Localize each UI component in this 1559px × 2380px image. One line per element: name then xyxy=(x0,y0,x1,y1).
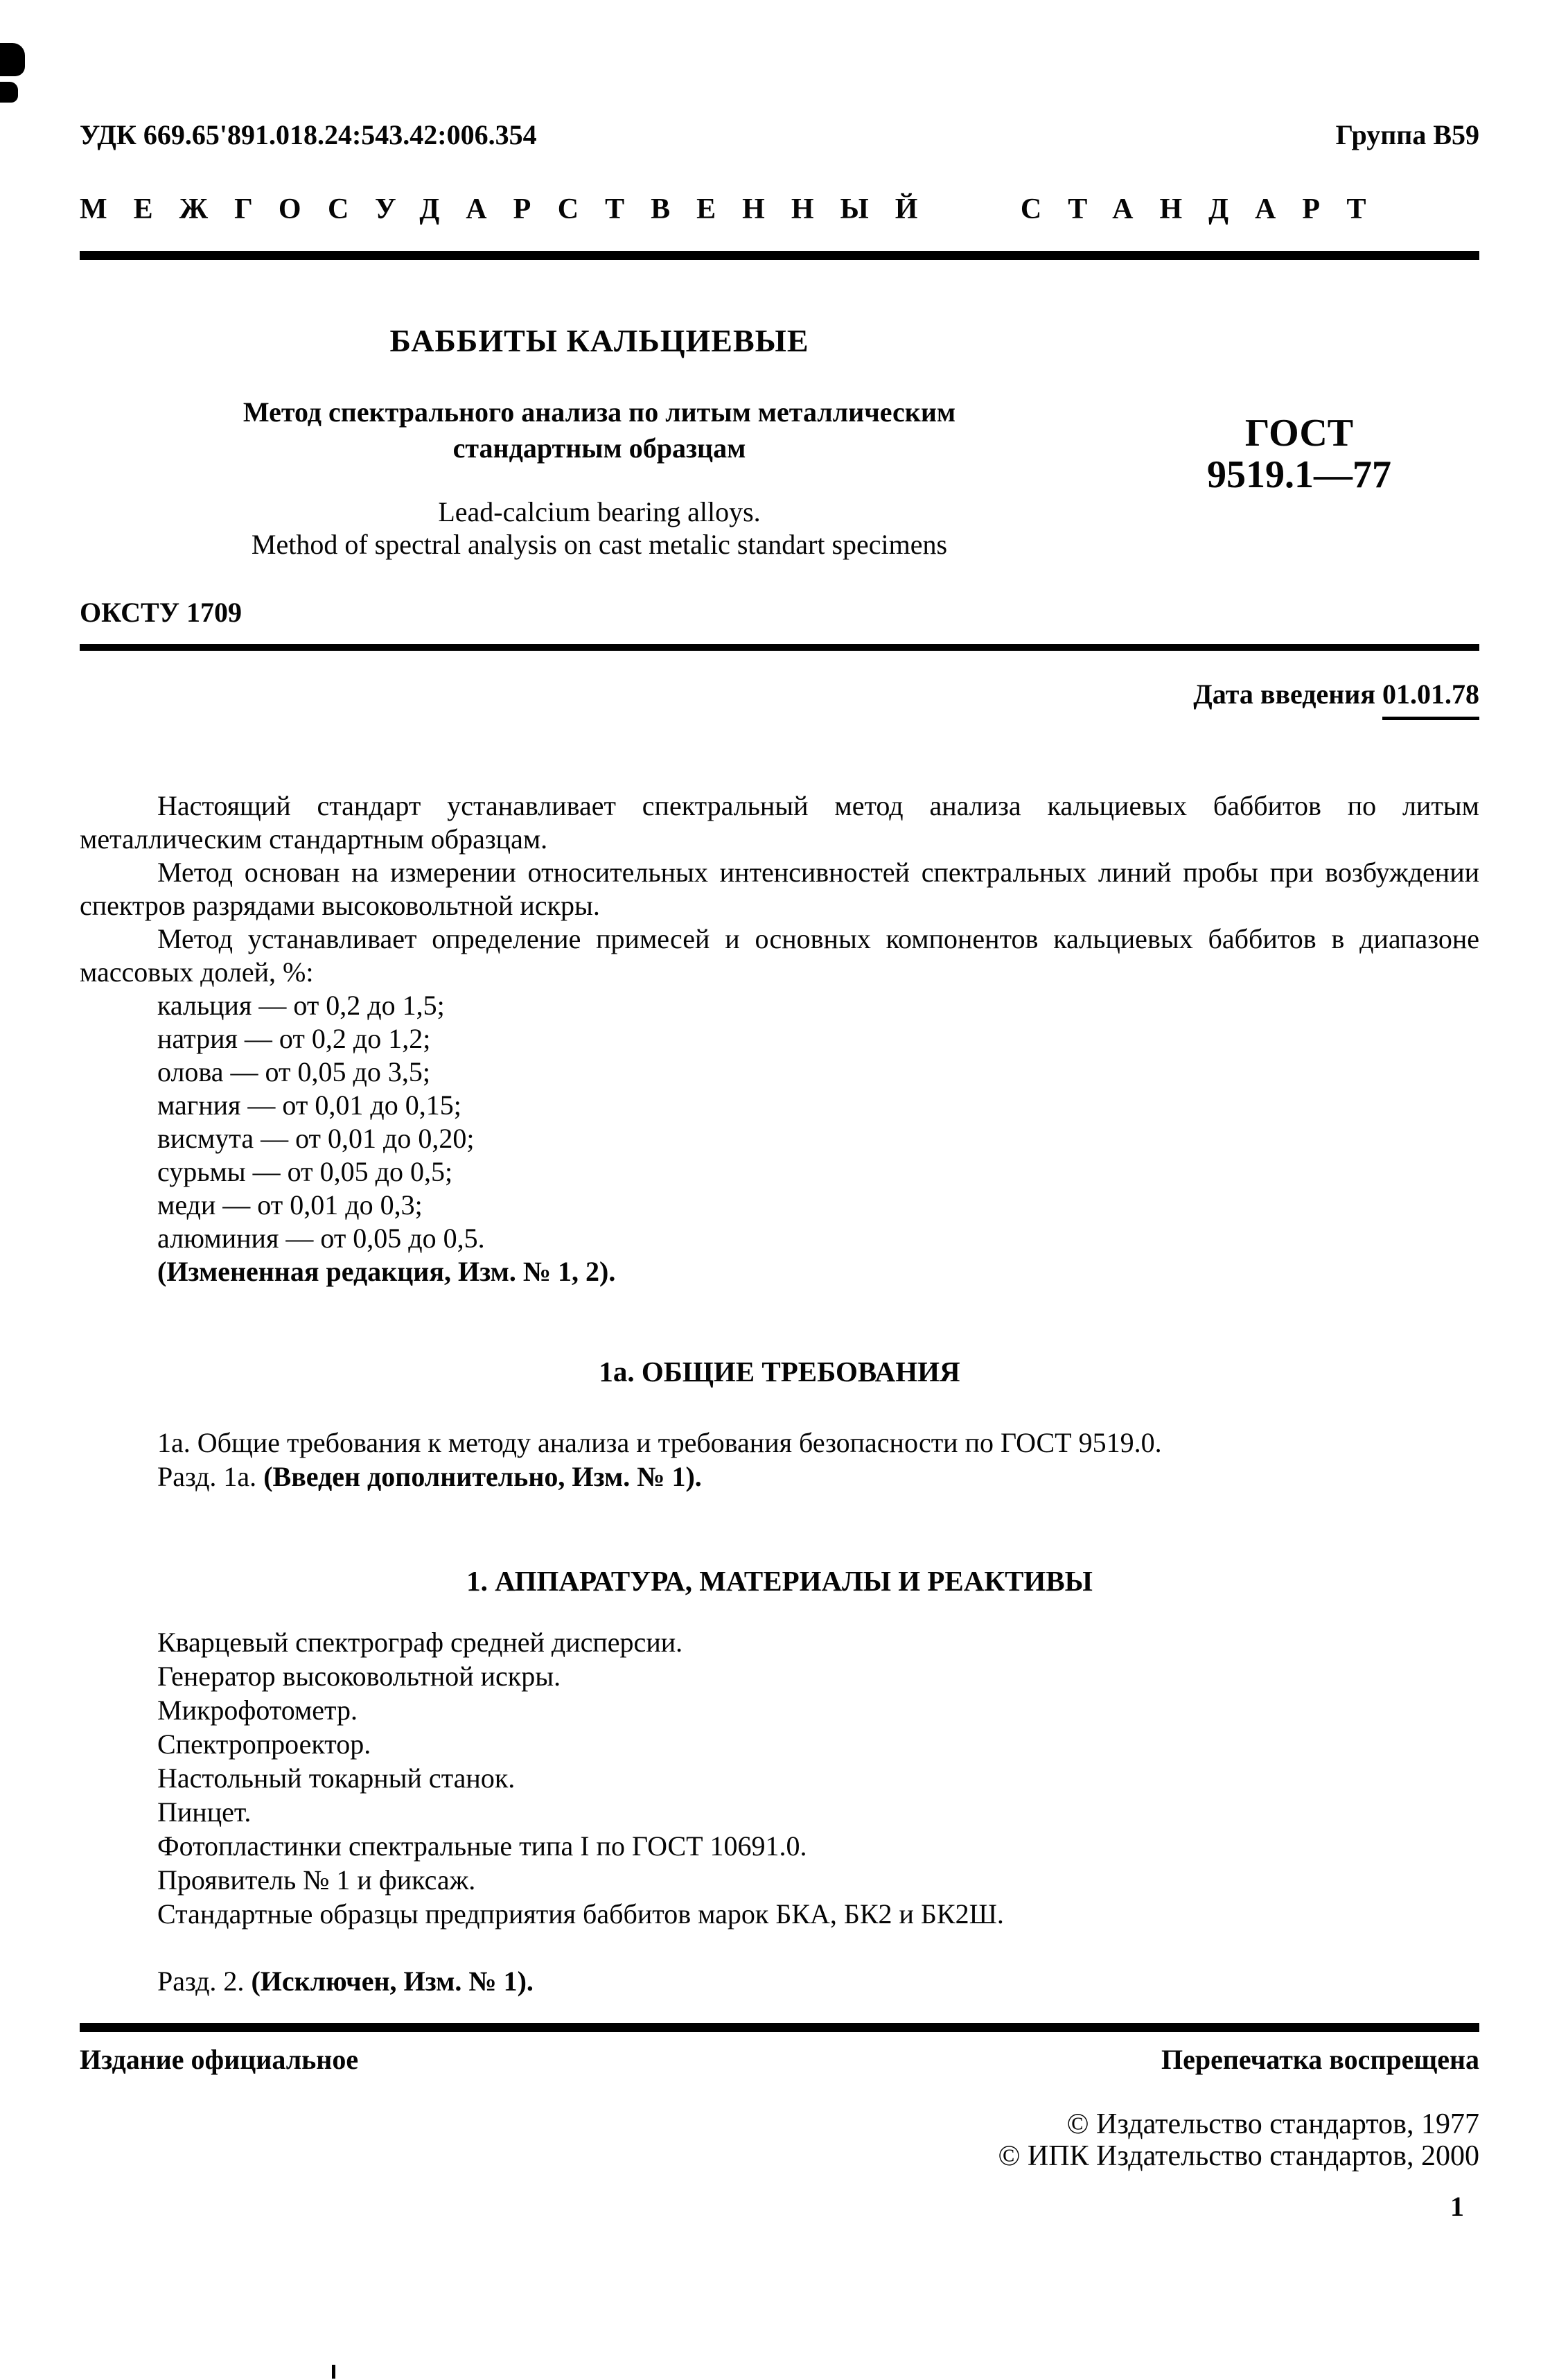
paragraph-method-basis: Метод основан на измерении относительных… xyxy=(80,856,1479,922)
page-number: 1 xyxy=(80,2190,1479,2223)
scan-artifact xyxy=(332,2365,335,2379)
document-page: УДК 669.65'891.018.24:543.42:006.354 Гру… xyxy=(0,0,1559,2380)
composition-range-item: висмута — от 0,01 до 0,20; xyxy=(157,1122,1479,1155)
subtitle-en-line2: Method of spectral analysis on cast meta… xyxy=(80,528,1119,561)
official-edition-label: Издание официальное xyxy=(80,2043,358,2076)
paragraph-ranges-intro: Метод устанавливает определение примесей… xyxy=(80,922,1479,989)
composition-range-item: меди — от 0,01 до 0,3; xyxy=(157,1189,1479,1222)
apparatus-item: Пинцет. xyxy=(80,1795,1479,1829)
composition-range-item: натрия — от 0,2 до 1,2; xyxy=(157,1022,1479,1056)
gost-designation: ГОСТ 9519.1—77 xyxy=(1119,412,1479,496)
apparatus-item: Спектропроектор. xyxy=(80,1727,1479,1761)
title-column: БАББИТЫ КАЛЬЦИЕВЫЕ Метод спектрального а… xyxy=(80,324,1119,561)
section-1a-note-prefix: Разд. 1а. xyxy=(157,1461,256,1492)
intro-date-value: 01.01.78 xyxy=(1382,679,1479,720)
intro-date-label: Дата введения xyxy=(1193,679,1375,710)
section-2-excluded-note: Разд. 2. (Исключен, Изм. № 1). xyxy=(80,1964,1479,1998)
composition-range-item: магния — от 0,01 до 0,15; xyxy=(157,1089,1479,1122)
composition-range-item: кальция — от 0,2 до 1,5; xyxy=(157,989,1479,1022)
standard-type-heading: МЕЖГОСУДАРСТВЕННЫЙ СТАНДАРТ xyxy=(80,191,1479,227)
gost-designation-column: ГОСТ 9519.1—77 xyxy=(1119,324,1479,561)
apparatus-item: Проявитель № 1 и фиксаж. xyxy=(80,1863,1479,1897)
subtitle-ru-line1: Метод спектрального анализа по литым мет… xyxy=(80,394,1119,430)
section-1a-note: Разд. 1а. (Введен дополнительно, Изм. № … xyxy=(80,1460,1479,1494)
divider-rule-mid xyxy=(80,644,1479,651)
header-row: УДК 669.65'891.018.24:543.42:006.354 Гру… xyxy=(80,0,1479,151)
section-heading-1a: 1а. ОБЩИЕ ТРЕБОВАНИЯ xyxy=(80,1355,1479,1388)
paragraph-scope: Настоящий стандарт устанавливает спектра… xyxy=(80,789,1479,856)
apparatus-list: Кварцевый спектрограф средней дисперсии.… xyxy=(80,1625,1479,1931)
okstu-code: ОКСТУ 1709 xyxy=(80,597,1479,629)
gost-number: 9519.1—77 xyxy=(1119,454,1479,496)
subtitle-ru-line2: стандартным образцам xyxy=(80,430,1119,466)
divider-rule-top xyxy=(80,251,1479,260)
section-2-excluded-prefix: Разд. 2. xyxy=(157,1966,244,1997)
scan-artifact xyxy=(0,43,25,76)
apparatus-item: Генератор высоковольтной искры. xyxy=(80,1659,1479,1693)
document-title: БАББИТЫ КАЛЬЦИЕВЫЕ xyxy=(80,324,1119,358)
subtitle-en-line1: Lead-calcium bearing alloys. xyxy=(80,496,1119,528)
footer-row: Издание официальное Перепечатка воспреще… xyxy=(80,2043,1479,2076)
section-2-excluded-bold: (Исключен, Изм. № 1). xyxy=(251,1966,533,1997)
section-heading-1: 1. АППАРАТУРА, МАТЕРИАЛЫ И РЕАКТИВЫ xyxy=(80,1564,1479,1598)
gost-label: ГОСТ xyxy=(1119,412,1479,454)
body-text: Настоящий стандарт устанавливает спектра… xyxy=(80,789,1479,1288)
apparatus-item: Стандартные образцы предприятия баббитов… xyxy=(80,1897,1479,1931)
apparatus-item: Кварцевый спектрограф средней дисперсии. xyxy=(80,1625,1479,1659)
scan-artifact xyxy=(0,82,18,103)
apparatus-item: Микрофотометр. xyxy=(80,1693,1479,1727)
group-label: Группа В59 xyxy=(1336,119,1479,151)
section-1a-note-bold: (Введен дополнительно, Изм. № 1). xyxy=(263,1461,702,1492)
copyright-line-1977: © Издательство стандартов, 1977 xyxy=(80,2108,1479,2140)
document-subtitle-ru: Метод спектрального анализа по литым мет… xyxy=(80,394,1119,466)
document-subtitle-en: Lead-calcium bearing alloys. Method of s… xyxy=(80,496,1119,561)
divider-rule-footer xyxy=(80,2023,1479,2032)
intro-date-line: Дата введения 01.01.78 xyxy=(80,679,1479,720)
section-1a-paragraph: 1а. Общие требования к методу анализа и … xyxy=(80,1426,1479,1460)
composition-range-item: олова — от 0,05 до 3,5; xyxy=(157,1056,1479,1089)
apparatus-item: Фотопластинки спектральные типа I по ГОС… xyxy=(80,1829,1479,1863)
composition-range-item: сурьмы — от 0,05 до 0,5; xyxy=(157,1155,1479,1189)
reprint-prohibited-label: Перепечатка воспрещена xyxy=(1161,2043,1479,2076)
copyright-block: © Издательство стандартов, 1977 © ИПК Из… xyxy=(80,2108,1479,2172)
apparatus-item: Настольный токарный станок. xyxy=(80,1761,1479,1795)
copyright-line-2000: © ИПК Издательство стандартов, 2000 xyxy=(80,2140,1479,2172)
title-section: БАББИТЫ КАЛЬЦИЕВЫЕ Метод спектрального а… xyxy=(80,324,1479,561)
udk-label: УДК 669.65'891.018.24:543.42:006.354 xyxy=(80,119,537,151)
section-1a-body: 1а. Общие требования к методу анализа и … xyxy=(80,1426,1479,1494)
composition-range-item: алюминия — от 0,05 до 0,5. xyxy=(157,1222,1479,1255)
amended-revision-note: (Измененная редакция, Изм. № 1, 2). xyxy=(157,1255,1479,1288)
